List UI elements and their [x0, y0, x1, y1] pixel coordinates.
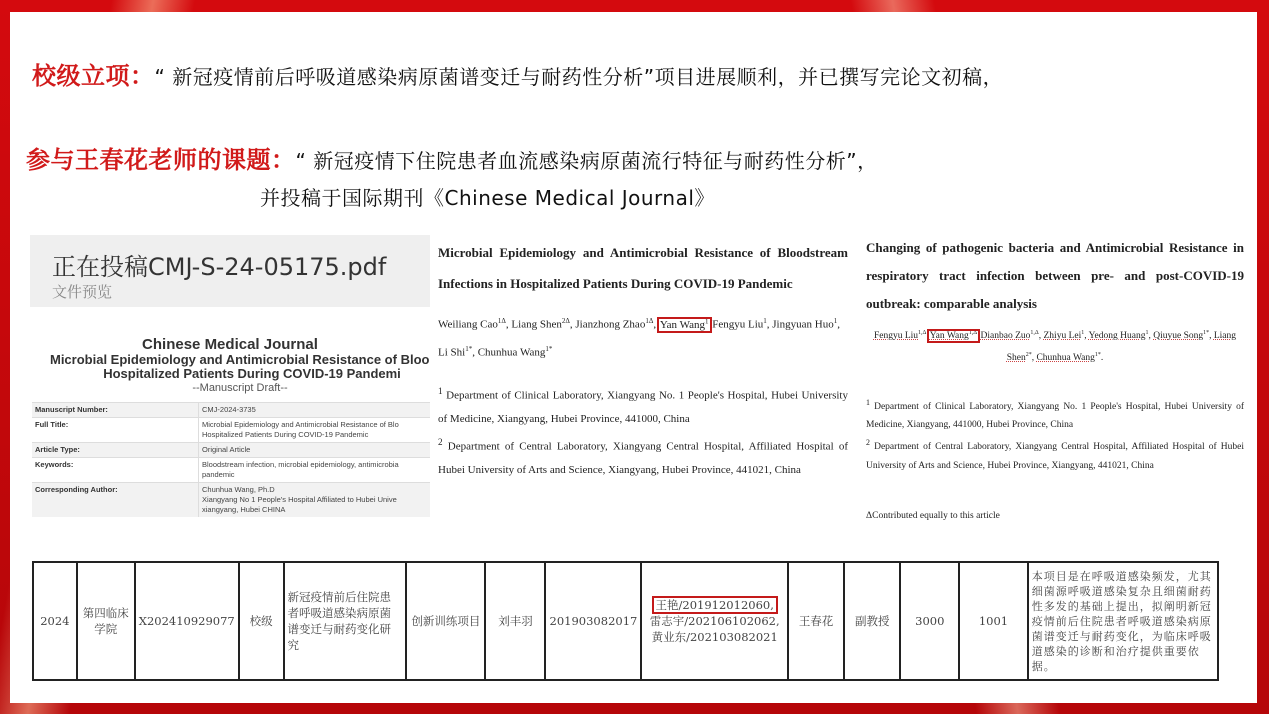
slide-canvas: 校级立项：“ 新冠疫情前后呼吸道感染病原菌谱变迁与耐药性分析”项目进展顺利，并已… — [10, 12, 1257, 703]
headline-school-project: 校级立项：“ 新冠疫情前后呼吸道感染病原菌谱变迁与耐药性分析”项目进展顺利，并已… — [32, 56, 1003, 91]
author-sup: 1 — [1081, 330, 1084, 336]
cell-level: 校级 — [239, 562, 284, 680]
headline-submission: 并投稿于国际期刊《Chinese Medical Journal》 — [260, 182, 715, 211]
author-sup: 1* — [545, 345, 552, 353]
author-sup: 1Δ — [645, 317, 653, 325]
author: Dianbao Zuo — [981, 331, 1031, 341]
info-value: Chunhua Wang, Ph.D Xiangyang No 1 People… — [199, 483, 431, 518]
author: Zhiyu Lei — [1044, 331, 1082, 341]
manuscript-info-row: Article Type:Original Article — [32, 443, 430, 458]
highlighted-author: Yan Wang1,Δ — [929, 331, 978, 341]
info-key: Full Title: — [32, 418, 199, 443]
cell-code: 1001 — [959, 562, 1027, 680]
author: , Jingyuan Huo — [767, 319, 834, 331]
manuscript-info-row: Keywords:Bloodstream infection, microbia… — [32, 458, 430, 483]
author-sup: 1,Δ — [1030, 330, 1038, 336]
author-sup: 2* — [1026, 352, 1032, 358]
affiliation-sup: 1 — [866, 398, 870, 407]
affiliation-1: 1 Department of Clinical Laboratory, Xia… — [866, 394, 1244, 434]
cell-advisor: 王春花 — [788, 562, 844, 680]
info-value: Bloodstream infection, microbial epidemi… — [199, 458, 431, 483]
author-sup: 1 — [1145, 330, 1148, 336]
author: Qiuyue Song — [1153, 331, 1203, 341]
author-sup: 1* — [1203, 330, 1209, 336]
author-sup: 1,Δ — [969, 330, 977, 336]
affiliation-sup: 2 — [866, 438, 870, 447]
cell-funding: 3000 — [900, 562, 959, 680]
cell-leader-id: 201903082017 — [545, 562, 641, 680]
table-row: 2024 第四临床学院 X202410929077 校级 新冠疫情前后住院患者呼… — [33, 562, 1218, 680]
info-value: Microbial Epidemiology and Antimicrobial… — [199, 418, 431, 443]
cell-leader: 刘丰羽 — [485, 562, 545, 680]
author: Yan Wang — [930, 331, 969, 341]
highlighted-author: Yan Wang1 — [659, 319, 710, 331]
project-table: 2024 第四临床学院 X202410929077 校级 新冠疫情前后住院患者呼… — [32, 561, 1219, 681]
headline-label: 校级立项： — [32, 62, 155, 90]
affiliation-text: Department of Central Laboratory, Xiangy… — [438, 441, 848, 476]
paper-authors: Fengyu Liu1,Δ Yan Wang1,Δ Dianbao Zuo1,Δ… — [866, 324, 1244, 368]
author-sup: 2Δ — [562, 317, 570, 325]
cell-members: 王艳/201912012060, 雷志宇/202106102062, 黄业东/2… — [641, 562, 788, 680]
headline-text: “ 新冠疫情前后呼吸道感染病原菌谱变迁与耐药性分析”项目进展顺利，并已撰写完论文… — [155, 65, 1004, 89]
highlighted-member: 王艳/201912012060, — [654, 598, 776, 612]
paper-title: Changing of pathogenic bacteria and Anti… — [866, 234, 1244, 318]
author: , Chunhua Wang — [472, 346, 545, 358]
author-sup: 1Δ — [498, 317, 506, 325]
info-value: CMJ-2024-3735 — [199, 403, 431, 418]
cell-summary: 本项目是在呼吸道感染频发，尤其细菌源呼吸道感染复杂且细菌耐药性多发的基础上提出，… — [1028, 562, 1218, 680]
cell-project-id: X202410929077 — [135, 562, 239, 680]
author: Chunhua Wang — [1036, 353, 1094, 363]
pdf-preview-panel: 正在投稿CMJ-S-24-05175.pdf 文件预览 Chinese Medi… — [30, 230, 430, 530]
manuscript-info-row: Manuscript Number:CMJ-2024-3735 — [32, 403, 430, 418]
cell-type: 创新训练项目 — [406, 562, 485, 680]
author: Weiliang Cao — [438, 319, 498, 331]
paper-affiliations: 1 Department of Clinical Laboratory, Xia… — [866, 394, 1244, 474]
member: 黄业东/202103082021 — [645, 629, 784, 645]
author: , Jianzhong Zhao — [570, 319, 645, 331]
affiliation-text: Department of Clinical Laboratory, Xiang… — [438, 390, 848, 425]
manuscript-title-line: Hospitalized Patients During COVID-19 Pa… — [42, 367, 430, 381]
paper-title: Microbial Epidemiology and Antimicrobial… — [438, 237, 848, 299]
author-sup: 1* — [1095, 352, 1101, 358]
affiliation-1: 1 Department of Clinical Laboratory, Xia… — [438, 380, 848, 431]
info-key: Corresponding Author: — [32, 483, 199, 518]
manuscript-title: Microbial Epidemiology and Antimicrobial… — [42, 353, 430, 381]
file-preview-header: 正在投稿CMJ-S-24-05175.pdf 文件预览 — [30, 235, 430, 307]
member: 雷志宇/202106102062, — [645, 613, 784, 629]
affiliation-2: 2 Department of Central Laboratory, Xian… — [866, 434, 1244, 474]
headline-label: 参与王春花老师的课题： — [26, 146, 296, 174]
file-preview-label: 文件预览 — [52, 281, 112, 302]
cell-college: 第四临床学院 — [77, 562, 135, 680]
manuscript-info-row: Full Title:Microbial Epidemiology and An… — [32, 418, 430, 443]
paper-affiliations: 1 Department of Clinical Laboratory, Xia… — [438, 380, 848, 481]
paper-authors: Weiliang Cao1Δ, Liang Shen2Δ, Jianzhong … — [438, 309, 848, 364]
info-value: Original Article — [199, 443, 431, 458]
journal-name: Chinese Medical Journal — [30, 336, 430, 353]
info-key: Manuscript Number: — [32, 403, 199, 418]
info-key: Article Type: — [32, 443, 199, 458]
headline-teacher-project: 参与王春花老师的课题：“ 新冠疫情下住院患者血流感染病原菌流行特征与耐药性分析”… — [26, 140, 878, 175]
cell-title: 新冠疫情前后住院患者呼吸道感染病原菌谱变迁与耐药变化研究 — [284, 562, 407, 680]
author: Yan Wang — [660, 319, 705, 331]
author-sup: 1,Δ — [918, 330, 926, 336]
equal-contribution-note: ΔContributed equally to this article — [866, 511, 1244, 521]
paper-respiratory: Changing of pathogenic bacteria and Anti… — [866, 234, 1244, 521]
file-name: 正在投稿CMJ-S-24-05175.pdf — [52, 247, 386, 282]
info-key: Keywords: — [32, 458, 199, 483]
author: Fengyu Liu — [874, 331, 918, 341]
author: Yedong Huang — [1089, 331, 1146, 341]
manuscript-info-table: Manuscript Number:CMJ-2024-3735Full Titl… — [32, 402, 430, 517]
author: Fengyu Liu — [710, 319, 764, 331]
manuscript-info-row: Corresponding Author:Chunhua Wang, Ph.D … — [32, 483, 430, 518]
author-sup: 1 — [705, 317, 709, 325]
paper-bloodstream: Microbial Epidemiology and Antimicrobial… — [438, 237, 848, 482]
cell-year: 2024 — [33, 562, 77, 680]
affiliation-2: 2 Department of Central Laboratory, Xian… — [438, 431, 848, 482]
headline-text: “ 新冠疫情下住院患者血流感染病原菌流行特征与耐药性分析”， — [296, 149, 878, 173]
affiliation-text: Department of Clinical Laboratory, Xiang… — [866, 402, 1244, 430]
affiliation-text: Department of Central Laboratory, Xiangy… — [866, 443, 1244, 471]
manuscript-draft-label: --Manuscript Draft-- — [30, 382, 430, 394]
manuscript-title-line: Microbial Epidemiology and Antimicrobial… — [42, 353, 430, 367]
cell-advisor-title: 副教授 — [844, 562, 900, 680]
author: , Liang Shen — [506, 319, 562, 331]
